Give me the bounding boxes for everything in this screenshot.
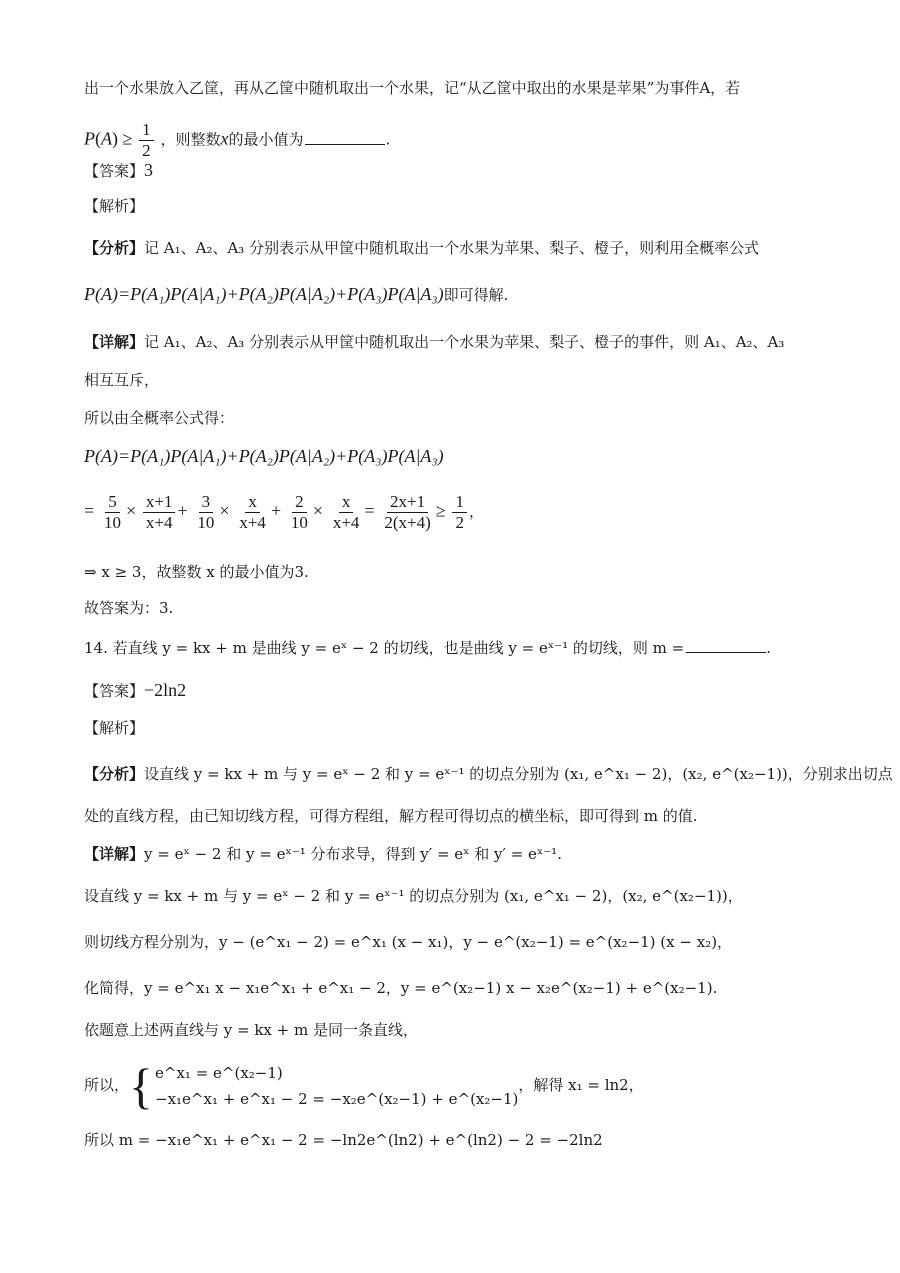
q13-conclusion: ⇒ x ≥ 3，故整数 x 的最小值为3. (84, 562, 309, 582)
q13-stem-line1: 出一个水果放入乙筐，再从乙筐中随机取出一个水果，记“从乙筐中取出的水果是苹果”为… (84, 78, 740, 98)
q13-xiangjie-3: 所以由全概率公式得： (84, 408, 234, 428)
q14-xiangjie: 【详解】y = eˣ − 2 和 y = eˣ⁻¹ 分布求导，得到 y′ = e… (84, 844, 562, 864)
q13-final: 故答案为：3. (84, 598, 173, 618)
q13-stem-line2: P(A) ≥ 12 ，则整数x的最小值为. (84, 120, 390, 161)
q14-step1: 设直线 y = kx + m 与 y = eˣ − 2 和 y = eˣ⁻¹ 的… (84, 886, 743, 906)
q14-step5: 所以，{e^x₁ = e^(x₂−1)−x₁e^x₁ + e^x₁ − 2 = … (84, 1060, 644, 1112)
q14-step4: 依题意上述两直线与 y = kx + m 是同一条直线， (84, 1020, 418, 1040)
q14-fenxi: 【分析】设直线 y = kx + m 与 y = eˣ − 2 和 y = eˣ… (84, 764, 893, 784)
q14-step3: 化简得，y = e^x₁ x − x₁e^x₁ + e^x₁ − 2，y = e… (84, 978, 717, 998)
q14-fenxi-2: 处的直线方程，由已知切线方程，可得方程组，解方程可得切点的横坐标，即可得到 m … (84, 806, 698, 826)
q14-stem: 14. 若直线 y = kx + m 是曲线 y = eˣ − 2 的切线，也是… (84, 638, 771, 658)
answer-blank (305, 130, 385, 145)
q14-step6: 所以 m = −x₁e^x₁ + e^x₁ − 2 = −ln2e^(ln2) … (84, 1130, 603, 1150)
q13-calc: = 510× x+1x+4+ 310× xx+4+ 210× xx+4= 2x+… (84, 492, 484, 533)
q13-formula-2: P(A)=P(A₁)P(A|A₁)+P(A₂)P(A|A₂)+P(A₃)P(A|… (84, 446, 444, 467)
q14-answer: 【答案】−2ln2 (84, 680, 186, 701)
q13-formula: P(A)=P(A₁)P(A|A₁)+P(A₂)P(A|A₂)+P(A₃)P(A|… (84, 284, 508, 305)
equation-system: e^x₁ = e^(x₂−1)−x₁e^x₁ + e^x₁ − 2 = −x₂e… (155, 1060, 518, 1112)
q13-fenxi: 【分析】记 A₁、A₂、A₃ 分别表示从甲筐中随机取出一个水果为苹果、梨子、橙子… (84, 238, 759, 258)
q14-step2: 则切线方程分别为，y − (e^x₁ − 2) = e^x₁ (x − x₁)，… (84, 932, 732, 952)
fraction-half: 12 (139, 120, 154, 161)
answer-blank (686, 638, 766, 653)
q13-answer: 【答案】3 (84, 160, 153, 181)
q13-xiangjie-2: 相互互斥， (84, 370, 159, 390)
q14-analysis-label: 【解析】 (84, 718, 144, 738)
q13-analysis-label: 【解析】 (84, 196, 144, 216)
q13-xiangjie: 【详解】记 A₁、A₂、A₃ 分别表示从甲筐中随机取出一个水果为苹果、梨子、橙子… (84, 332, 784, 352)
